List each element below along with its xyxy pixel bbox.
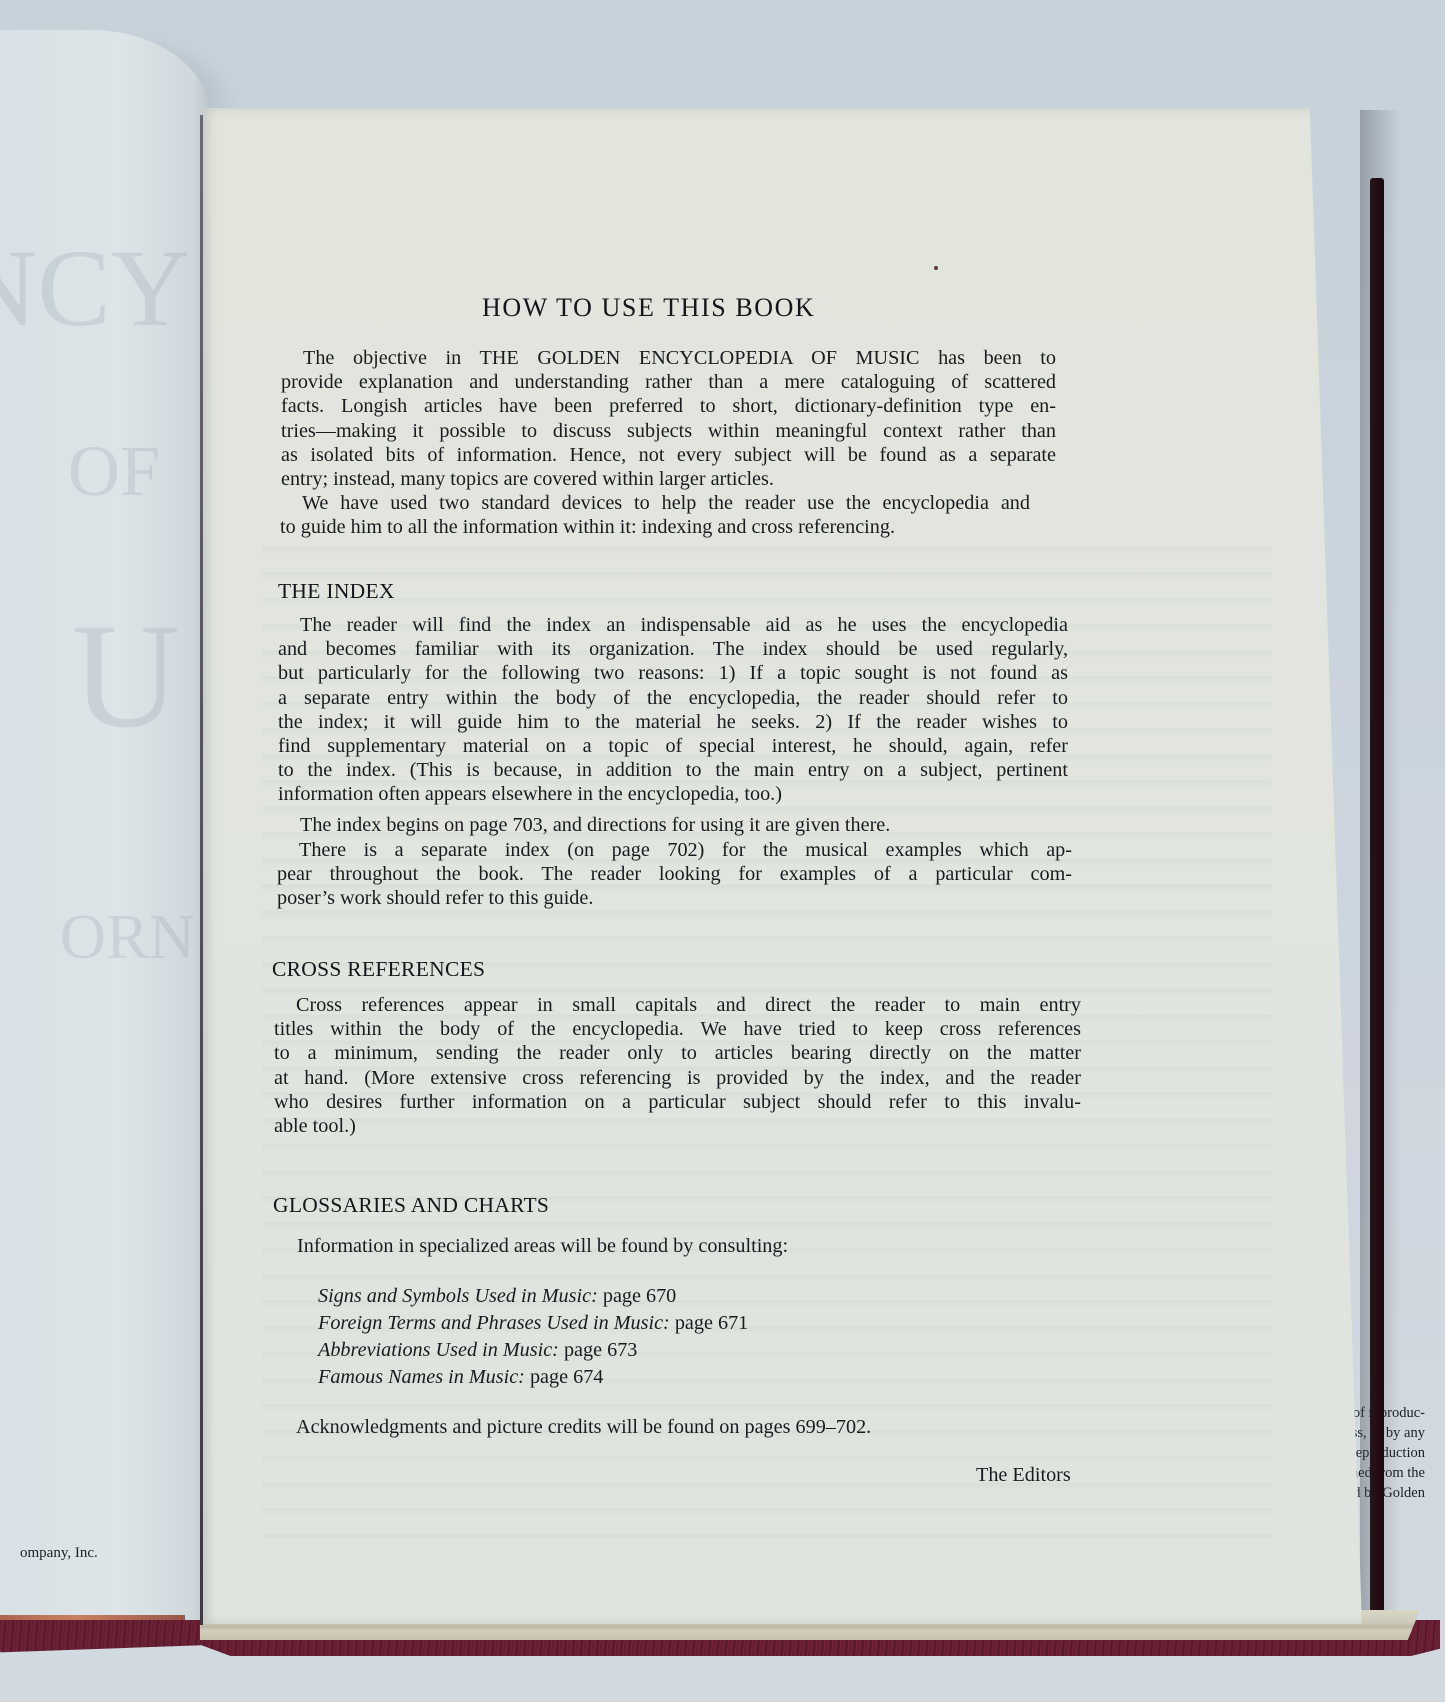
text-line: who desires further information on a par…	[274, 1090, 1081, 1114]
section-heading-index: THE INDEX	[278, 579, 395, 604]
index-paragraph: There is a separate index (on page 702) …	[277, 838, 1072, 911]
text-line: at hand. (More extensive cross referenci…	[274, 1066, 1081, 1090]
glossary-item: Foreign Terms and Phrases Used in Music:…	[318, 1310, 748, 1337]
text-line: Information in specialized areas will be…	[297, 1234, 788, 1258]
back-cover-edge	[1370, 178, 1384, 1628]
text-line: We have used two standard devices to hel…	[280, 491, 1030, 515]
text-line: poser’s work should refer to this guide.	[277, 886, 1072, 910]
editors-signature: The Editors	[976, 1464, 1071, 1487]
glossary-title: Abbreviations Used in Music:	[318, 1339, 559, 1361]
text-line: to a minimum, sending the reader only to…	[274, 1041, 1081, 1065]
text-line: entry; instead, many topics are covered …	[281, 467, 1056, 491]
glossary-item: Abbreviations Used in Music: page 673	[318, 1337, 748, 1364]
cross-references-paragraph: Cross references appear in small capital…	[274, 993, 1081, 1138]
text-line: a separate entry within the body of the …	[278, 686, 1068, 710]
glossary-page: page 670	[603, 1285, 676, 1307]
text-line: Cross references appear in small capital…	[274, 993, 1081, 1017]
text-line: There is a separate index (on page 702) …	[277, 838, 1072, 862]
glossary-title: Signs and Symbols Used in Music:	[318, 1285, 598, 1307]
text-line: able tool.)	[274, 1114, 1081, 1138]
glossary-list: Signs and Symbols Used in Music: page 67…	[318, 1283, 748, 1391]
gutter	[200, 115, 203, 1625]
text-line: titles within the body of the encycloped…	[274, 1017, 1081, 1041]
glossary-item: Famous Names in Music: page 674	[318, 1364, 748, 1391]
section-heading-glossaries: GLOSSARIES AND CHARTS	[273, 1193, 549, 1218]
text-line: provide explanation and understanding ra…	[281, 370, 1056, 394]
text-line: tries—making it possible to discuss subj…	[281, 419, 1056, 443]
text-line: The objective in THE GOLDEN ENCYCLOPEDIA…	[281, 346, 1056, 370]
glossary-title: Foreign Terms and Phrases Used in Music:	[318, 1312, 670, 1334]
intro-paragraph: The objective in THE GOLDEN ENCYCLOPEDIA…	[281, 346, 1056, 491]
glossary-title: Famous Names in Music:	[318, 1366, 525, 1388]
text-line: to guide him to all the information with…	[280, 515, 1030, 539]
section-heading-cross-references: CROSS REFERENCES	[272, 957, 485, 982]
index-paragraph: The index begins on page 703, and direct…	[278, 813, 1068, 837]
text-line: find supplementary material on a topic o…	[278, 734, 1068, 758]
acknowledgments-note: Acknowledgments and picture credits will…	[296, 1416, 871, 1439]
left-page: NCY OF U ORN	[0, 30, 212, 1635]
show-through-text: U	[72, 590, 180, 762]
show-through-text: OF	[68, 430, 160, 513]
text-line: as isolated bits of information. Hence, …	[281, 443, 1056, 467]
text-line: the index; it will guide him to the mate…	[278, 710, 1068, 734]
glossary-page: page 671	[675, 1312, 748, 1334]
glossary-page: page 674	[530, 1366, 603, 1388]
glossary-item: Signs and Symbols Used in Music: page 67…	[318, 1283, 748, 1310]
glossaries-intro: Information in specialized areas will be…	[297, 1234, 788, 1258]
text-line: but particularly for the following two r…	[278, 661, 1068, 685]
text-line: facts. Longish articles have been prefer…	[281, 394, 1056, 418]
text-line: The index begins on page 703, and direct…	[278, 813, 1068, 837]
page-title: HOW TO USE THIS BOOK	[482, 293, 815, 323]
text-line: pear throughout the book. The reader loo…	[277, 862, 1072, 886]
text-line: information often appears elsewhere in t…	[278, 782, 1068, 806]
show-through-text: ORN	[60, 900, 195, 974]
paper-speck	[934, 266, 938, 270]
publisher-line: ompany, Inc.	[20, 1545, 98, 1562]
text-line: and becomes familiar with its organizati…	[278, 637, 1068, 661]
glossary-page: page 673	[564, 1339, 637, 1361]
text-line: The reader will find the index an indisp…	[278, 613, 1068, 637]
text-line: to the index. (This is because, in addit…	[278, 758, 1068, 782]
show-through-text: NCY	[0, 225, 190, 352]
intro-paragraph: We have used two standard devices to hel…	[280, 491, 1030, 539]
index-paragraph: The reader will find the index an indisp…	[278, 613, 1068, 807]
